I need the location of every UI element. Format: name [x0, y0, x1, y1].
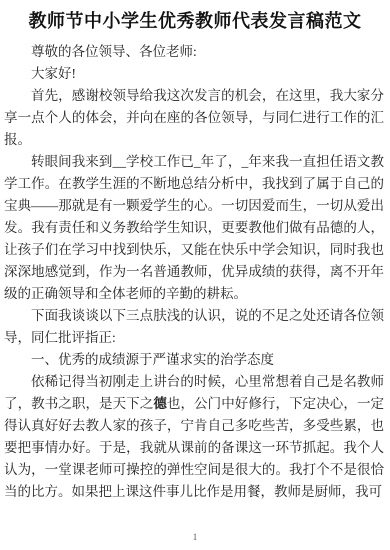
paragraph-thanks: 首先，感谢校领导给我这次发言的机会，在这里，我大家分享一点个人的体会，并向在座的…	[4, 85, 384, 151]
paragraph-point-one-post: 也，公门中好修行，下定决心，一定得认真好好去教人家的孩子，宁肯自己多吃些苦，多受…	[4, 396, 384, 499]
document-title: 教师节中小学生优秀教师代表发言稿范文	[0, 0, 390, 33]
salutation-line: 尊敬的各位领导、各位老师:	[4, 41, 384, 63]
greeting-line: 大家好!	[4, 63, 384, 85]
paragraph-point-one: 依稀记得当初刚走上讲台的时候，心里常想着自己是名教师了，教书之职，是天下之德也，…	[4, 371, 384, 503]
paragraph-transition: 下面我谈谈以下三点肤浅的认识，说的不足之处还请各位领导，同仁批评指正:	[4, 305, 384, 349]
page-number: 1	[0, 532, 390, 542]
document-body: 尊敬的各位领导、各位老师: 大家好! 首先，感谢校领导给我这次发言的机会，在这里…	[0, 41, 390, 503]
section-heading: 一、优秀的成绩源于严谨求实的治学态度	[4, 349, 384, 371]
emphasized-char: 德	[153, 396, 167, 411]
document-page: 教师节中小学生优秀教师代表发言稿范文 尊敬的各位领导、各位老师: 大家好! 首先…	[0, 0, 390, 550]
paragraph-work-review: 转眼间我来到__学校工作已_年了，_年来我一直担任语文教学工作。在教学生涯的不断…	[4, 151, 384, 305]
